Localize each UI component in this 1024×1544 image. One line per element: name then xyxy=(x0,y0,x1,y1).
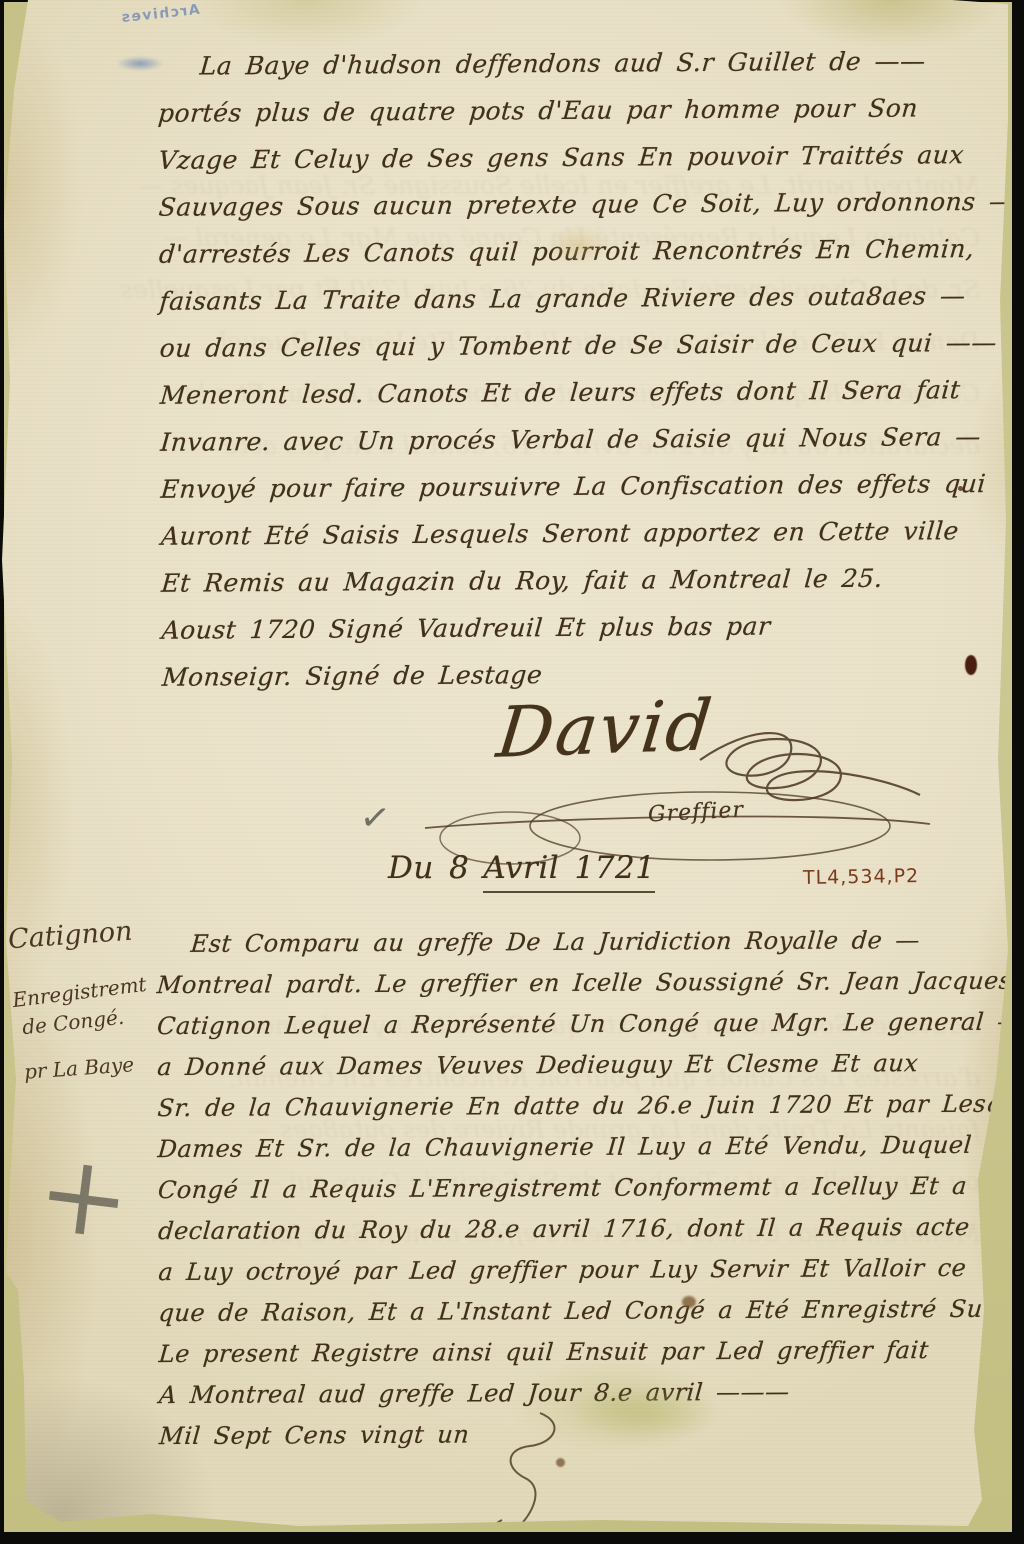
foxing-spot xyxy=(682,1296,696,1308)
manuscript-paper: Montreal pardt. Le greffier en Icelle So… xyxy=(0,0,1024,1544)
manuscript-line: declaration du Roy du 28.e avril 1716, d… xyxy=(157,1207,965,1252)
margin-note-labaye: pr La Baye xyxy=(23,1052,134,1084)
paper-stain xyxy=(548,228,608,264)
manuscript-line: portés plus de quatre pots d'Eau par hom… xyxy=(156,84,960,137)
foxing-spot xyxy=(958,486,963,491)
manuscript-line: Invanre. avec Un procés Verbal de Saisie… xyxy=(159,413,963,466)
manuscript-line: Aoust 1720 Signé Vaudreuil Et plus bas p… xyxy=(160,601,964,654)
date-heading: Du 8Avril 1721 xyxy=(388,850,655,886)
manuscript-line: Envoyé pour faire poursuivre La Confisca… xyxy=(159,460,963,513)
manuscript-line: Vzage Et Celuy de Ses gens Sans En pouvo… xyxy=(157,131,961,184)
pencil-cross-mark: + xyxy=(31,1127,138,1265)
manuscript-line: Est Comparu au greffe De La Juridiction … xyxy=(155,920,963,965)
manuscript-line: que de Raison, Et a L'Instant Led Congé … xyxy=(157,1289,965,1334)
manuscript-photo: Montreal pardt. Le greffier en Icelle So… xyxy=(0,0,1024,1544)
date-prefix: Du 8 xyxy=(388,850,469,886)
manuscript-line: ou dans Celles qui y Tombent de Se Saisi… xyxy=(158,319,962,372)
manuscript-line: Et Remis au Magazin du Roy, fait a Montr… xyxy=(160,554,964,607)
manuscript-line: Sr. de la Chauvignerie En datte du 26.e … xyxy=(156,1084,964,1129)
manuscript-line: Le present Registre ainsi quil Ensuit pa… xyxy=(157,1330,965,1375)
pencil-checkmark: ✓ xyxy=(357,796,393,841)
archives-stamp: Archives xyxy=(119,2,200,26)
manuscript-line: Dames Et Sr. de la Chauvignerie Il Luy a… xyxy=(156,1125,964,1170)
manuscript-line: faisants La Traite dans La grande Rivier… xyxy=(158,272,962,325)
ink-blot xyxy=(965,655,977,675)
manuscript-line: Congé Il a Requis L'Enregistremt Conform… xyxy=(156,1166,964,1211)
manuscript-line: Auront Eté Saisis Lesquels Seront apport… xyxy=(159,507,963,560)
manuscript-line: a Donné aux Dames Veuves Dedieuguy Et Cl… xyxy=(156,1043,964,1088)
signature-title: Greffier xyxy=(647,798,744,828)
margin-note-name: Catignon xyxy=(7,916,133,956)
manuscript-line: Catignon Lequel a Représenté Un Congé qu… xyxy=(155,1002,963,1047)
archival-reference-code: TL4,534,P2 xyxy=(803,865,920,889)
manuscript-line: Montreal pardt. Le greffier en Icelle So… xyxy=(155,961,963,1006)
date-underlined: Avril 1721 xyxy=(483,850,655,893)
green-stain xyxy=(570,1385,720,1443)
paragraph-ordinance: La Baye d'hudson deffendons aud S.r Guil… xyxy=(158,37,963,701)
paragraph-registration: Est Comparu au greffe De La Juridiction … xyxy=(157,920,965,1457)
foxing-spot xyxy=(556,1458,565,1467)
margin-note-registration: Enregistremt xyxy=(11,972,148,1012)
manuscript-line: Sauvages Sous aucun pretexte que Ce Soit… xyxy=(157,178,961,231)
manuscript-line: a Luy octroyé par Led greffier pour Luy … xyxy=(157,1248,965,1293)
signature-david: David xyxy=(493,684,717,773)
manuscript-line: Meneront lesd. Canots Et de leurs effets… xyxy=(158,366,962,419)
margin-note-conge: de Congé. xyxy=(21,1005,125,1040)
manuscript-line: La Baye d'hudson deffendons aud S.r Guil… xyxy=(156,37,960,90)
